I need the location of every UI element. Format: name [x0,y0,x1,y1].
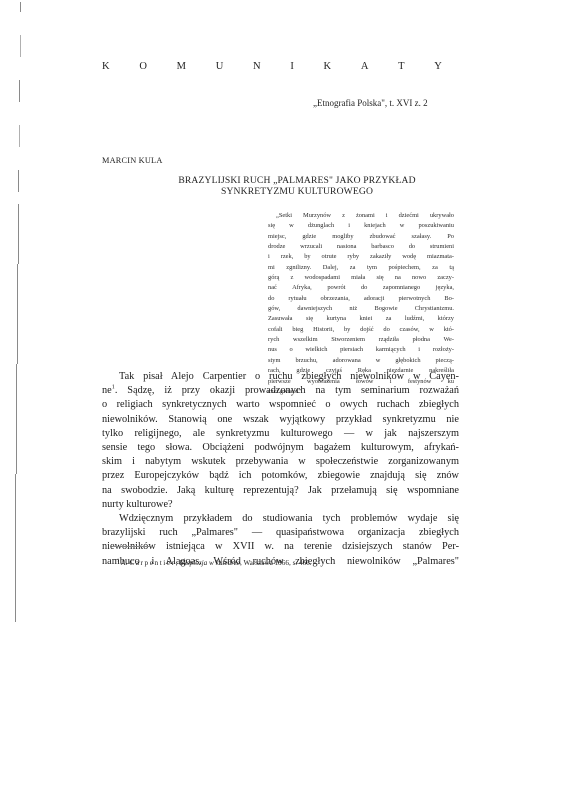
title-line: BRAZYLIJSKI RUCH „PALMARES" JAKO PRZYKŁA… [102,176,492,187]
section-header-letter: I [290,61,294,72]
scan-edge-mark [19,80,20,102]
footnote-author-surname: Carpentier [129,559,175,567]
section-header-letter: A [361,61,369,72]
epigraph-line: do rytuału obrzezania, adoracji pierwotn… [268,294,454,304]
epigraph-line: się w dżunglach i kniejach w poszukiwani… [268,221,454,231]
epigraph-line: gów, dawniejszych niż Bogowie Chrystiani… [268,304,454,314]
body-line-rest: . Sądzę, iż przy okazji prowadzonych na … [115,385,459,396]
paragraph: Tak pisał Alejo Carpentier o ruchu zbieg… [102,370,459,512]
body-line: Tak pisał Alejo Carpentier o ruchu zbieg… [102,370,459,384]
epigraph-line: „Setki Murzynów z żonami i dziećmi ukryw… [268,211,454,221]
epigraph-line: nus o wielkich piersiach karmiących i ro… [268,345,454,355]
epigraph-line: miejsc, gdzie mogliby zbudować szałasy. … [268,232,454,242]
epigraph-line: stym brzuchu, adorowana w głębokich piec… [268,356,454,366]
epigraph-line: i rzek, by otrute ryby zakaziły wodę mia… [268,252,454,262]
footnote-work-title: Eksplozja w katedrze [179,559,240,567]
journal-reference: „Etnografia Polska", t. XVI z. 2 [313,98,428,108]
body-line-start: ne [102,385,112,396]
body-line: niewolników istniejąca w XVII w. na tere… [102,540,459,554]
epigraph-line: nać Afryka, powrót do zapomnianego język… [268,283,454,293]
scan-edge-mark [16,364,17,474]
body-line: niewolników. Stanowią one wszak wyjątkow… [102,413,459,427]
scan-edge-mark [17,264,18,364]
footnote-number: 1 [117,558,119,563]
section-header-letter: T [398,61,404,72]
epigraph-line: Zasuwała się kurtyna kniei za ludźmi, kt… [268,314,454,324]
section-header-letter: U [216,61,224,72]
scan-edge-mark [18,170,19,192]
section-header: K O M U N I K A T Y [102,61,442,72]
scan-edge-mark [19,125,20,147]
author-name: MARCIN KULA [102,156,163,165]
body-line: nurty kulturowe? [102,498,459,512]
body-line: sensie tego słowa. Obciążeni podwójnym b… [102,441,459,455]
scan-edge-mark [15,474,16,622]
body-line: o religiach synkretycznych warto wspomni… [102,398,459,412]
section-header-letter: K [102,61,110,72]
footnote: 1 A. Carpentier, Eksplozja w katedrze, W… [117,559,312,567]
epigraph-line: górą z wodospadami miała się na nowo zac… [268,273,454,283]
title-line: SYNKRETYZMU KULTUROWEGO [102,187,492,198]
body-line: Wdzięcznym przykładem do studiowania tyc… [102,512,459,526]
body-line: brazylijski ruch „Palmares" — quasipańst… [102,526,459,540]
footnote-author-initial: A. [121,559,128,567]
body-line: skim i nabytym wskutek przebywania w spo… [102,455,459,469]
section-header-letter: Y [434,61,442,72]
section-header-letter: K [324,61,332,72]
epigraph-line: rych wszelkim Stworzeniem rządziła płodn… [268,335,454,345]
body-line: na swobodzie. Jaką kulturę reprezentują?… [102,484,459,498]
scan-edge-mark [18,204,19,264]
footnote-divider [114,546,150,547]
body-line: przez Europejczyków bądź ich potomków, z… [102,469,459,483]
footnote-publication: , Warszawa 1966, s. 466. [240,559,312,567]
article-title: BRAZYLIJSKI RUCH „PALMARES" JAKO PRZYKŁA… [102,176,492,197]
section-header-letter: M [177,61,186,72]
body-line: tylko religijnego, ale synkretyzmu kultu… [102,427,459,441]
article-body: Tak pisał Alejo Carpentier o ruchu zbieg… [102,370,459,569]
section-header-letter: N [253,61,261,72]
section-header-letter: O [139,61,147,72]
epigraph-line: mi zgnilizny. Dalej, za tym pośpiechem, … [268,263,454,273]
body-line: ne1. Sądzę, iż przy okazji prowadzonych … [102,384,459,398]
scan-edge-mark [20,2,21,12]
epigraph-line: drodze wrzucali nasiona barbasco do stru… [268,242,454,252]
scan-edge-mark [20,35,21,57]
epigraph-line: cofali bieg Historii, by dojść do czasów… [268,325,454,335]
